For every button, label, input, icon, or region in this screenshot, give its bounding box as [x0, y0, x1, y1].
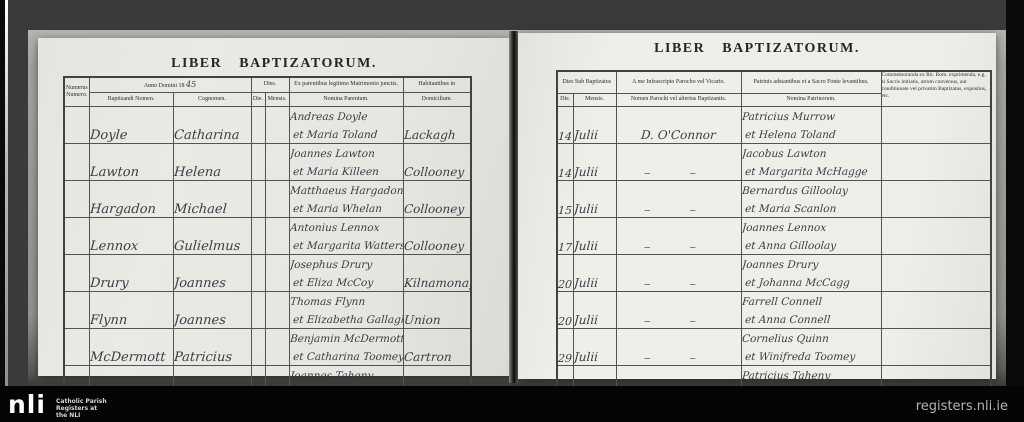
sponsor-1: Cornelius Quinn — [741, 333, 829, 346]
header-row-1: Dies Sub Baptizatus A me Infrascripto Pa… — [557, 71, 991, 94]
domicile: Collooney — [403, 165, 464, 179]
parent-father: Josephus Drury — [289, 259, 372, 272]
baptism-month: Julii — [573, 165, 598, 179]
numerus-cell — [64, 292, 89, 329]
ditto-mark: ‒ ‒ — [643, 168, 714, 179]
sponsor-2: et Anna Connell — [741, 314, 830, 327]
surname: Flynn — [89, 313, 127, 328]
sponsor-1: Patricius Murrow — [741, 111, 835, 124]
sponsors-cell: Cornelius Quinn et Winifreda Toomey — [741, 329, 881, 366]
page-title: LIBER BAPTIZATORUM. — [38, 56, 510, 72]
baptism-day: 20 — [558, 315, 573, 328]
baptism-month: Julii — [573, 239, 598, 253]
baptism-day: 17 — [558, 241, 573, 254]
die-cell — [251, 329, 265, 366]
anno-year-handwritten: 45 — [186, 80, 196, 89]
baptism-day: 14 — [558, 130, 573, 143]
register-row: Doyle Catharina Andreas Doyle et Maria T… — [64, 107, 471, 144]
day-cell: 29 — [557, 329, 573, 366]
register-row: 17 Julii ‒ ‒ Joannes Lennox et Anna Gill… — [557, 218, 991, 255]
die-cell — [251, 181, 265, 218]
commemoranda-cell — [881, 218, 991, 255]
numerus-cell — [64, 107, 89, 144]
priest-name: D. O'Connor — [641, 128, 717, 142]
baptism-month: Julii — [573, 202, 598, 216]
nli-logo-caption: Catholic Parish Registers at the NLI — [56, 398, 107, 419]
forename: Catharina — [173, 128, 240, 143]
parent-mother: et Eliza McCoy — [289, 277, 373, 290]
sponsors-cell: Joannes Lennox et Anna Gilloolay — [741, 218, 881, 255]
header-die: Die. — [251, 93, 265, 107]
commemoranda-cell — [881, 255, 991, 292]
sponsors-cell: Jacobus Lawton et Margarita McHagge — [741, 144, 881, 181]
register-row: 14 Julii D. O'Connor Patricius Murrow et… — [557, 107, 991, 144]
book-gutter — [509, 31, 518, 383]
numerus-cell — [64, 144, 89, 181]
parent-father: Joannes Taheny — [289, 370, 373, 383]
header-cognomen: Cognomen. — [173, 93, 251, 107]
die-cell — [251, 218, 265, 255]
surname: Drury — [89, 276, 129, 291]
day-cell: 17 — [557, 218, 573, 255]
ditto-mark: ‒ ‒ — [643, 316, 714, 327]
month-cell: Julii — [573, 255, 616, 292]
register-scan-view: LIBER BAPTIZATORUM. Numerus Numero. Anno… — [0, 0, 1024, 422]
sponsor-2: et Winifreda Toomey — [741, 351, 855, 364]
header-commemoranda: Commemoranda ex Rit. Rom. exprimenda, e.… — [881, 71, 991, 107]
header-numerus: Numerus Numero. — [64, 77, 89, 107]
parent-father: Andreas Doyle — [289, 111, 367, 124]
site-watermark: registers.nli.ie — [916, 399, 1008, 414]
priest-cell: ‒ ‒ — [616, 329, 741, 366]
sponsor-1: Bernardus Gilloolay — [741, 185, 848, 198]
baptism-month: Julii — [573, 276, 598, 290]
day-cell: 14 — [557, 107, 573, 144]
surname-cell: Doyle — [89, 107, 173, 144]
month-cell: Julii — [573, 292, 616, 329]
commemoranda-cell — [881, 144, 991, 181]
anno-domini-label: Anno Domini 18 — [144, 83, 185, 89]
die-cell — [251, 292, 265, 329]
domicile-cell: Kilnamonagh — [403, 255, 471, 292]
parent-mother: et Maria Whelan — [289, 203, 382, 216]
register-row: McDermott Patricius Benjamin McDermott e… — [64, 329, 471, 366]
numerus-cell — [64, 218, 89, 255]
parent-mother: et Catharina Toomey — [289, 351, 403, 364]
register-row: Drury Joannes Josephus Drury et Eliza Mc… — [64, 255, 471, 292]
register-row: 14 Julii ‒ ‒ Jacobus Lawton et Margarita… — [557, 144, 991, 181]
die-cell — [251, 107, 265, 144]
priest-cell: ‒ ‒ — [616, 218, 741, 255]
register-row: Hargadon Michael Matthaeus Hargadon et M… — [64, 181, 471, 218]
surname: McDermott — [89, 350, 166, 365]
parents-cell: Josephus Drury et Eliza McCoy — [289, 255, 403, 292]
day-cell: 20 — [557, 255, 573, 292]
register-row: Lennox Gulielmus Antonius Lennox et Marg… — [64, 218, 471, 255]
domicile: Cartron — [403, 350, 452, 364]
nli-logo: nli — [8, 390, 46, 419]
sponsor-2: et Anna Gilloolay — [741, 240, 836, 253]
numerus-cell — [64, 181, 89, 218]
commemoranda-cell — [881, 329, 991, 366]
domicile-cell: Collooney — [403, 144, 471, 181]
month-cell: Julii — [573, 218, 616, 255]
commemoranda-cell — [881, 292, 991, 329]
ditto-mark: ‒ ‒ — [643, 205, 714, 216]
surname: Doyle — [89, 128, 127, 143]
header-patrinis: Patrinis adstantibus et a Sacro Fonte le… — [741, 71, 881, 94]
day-cell: 20 — [557, 292, 573, 329]
book-edge-highlight — [5, 0, 8, 386]
sponsors-cell: Joannes Drury et Johanna McCagg — [741, 255, 881, 292]
ditto-mark: ‒ ‒ — [643, 279, 714, 290]
sponsor-1: Farrell Connell — [741, 296, 822, 309]
page-title: LIBER BAPTIZATORUM. — [518, 41, 996, 57]
surname-cell: Flynn — [89, 292, 173, 329]
header-die: Die. — [557, 94, 573, 107]
sponsor-1: Joannes Drury — [741, 259, 818, 272]
sponsor-1: Jacobus Lawton — [741, 148, 826, 161]
surname: Lawton — [89, 165, 139, 180]
sponsors-cell: Patricius Murrow et Helena Toland — [741, 107, 881, 144]
header-a-me: A me Infrascripto Parocho vel Vicario. — [616, 71, 741, 94]
header-nomina-parentum: Nomina Parentum. — [289, 93, 403, 107]
surname-cell: Drury — [89, 255, 173, 292]
forename: Joannes — [173, 276, 226, 291]
month-cell: Julii — [573, 329, 616, 366]
surname-cell: Lawton — [89, 144, 173, 181]
sponsors-cell: Farrell Connell et Anna Connell — [741, 292, 881, 329]
domicile: Collooney — [403, 202, 464, 216]
domicile-cell: Collooney — [403, 218, 471, 255]
sponsor-2: et Johanna McCagg — [741, 277, 850, 290]
parents-cell: Joannes Lawton et Maria Killeen — [289, 144, 403, 181]
caption-line-3: the NLI — [56, 412, 107, 419]
domicile: Kilnamonagh — [403, 276, 471, 290]
sponsors-cell: Bernardus Gilloolay et Maria Scanlon — [741, 181, 881, 218]
ditto-mark: ‒ ‒ — [643, 353, 714, 364]
header-baptizandi-nomen: Baptizandi Nomen. — [89, 93, 173, 107]
forename-cell: Patricius — [173, 329, 251, 366]
day-cell: 14 — [557, 144, 573, 181]
register-page-right: LIBER BAPTIZATORUM. Dies Sub Baptizatus … — [518, 33, 996, 379]
header-mensis: Mensis. — [265, 93, 289, 107]
parents-cell: Benjamin McDermott et Catharina Toomey — [289, 329, 403, 366]
parents-cell: Matthaeus Hargadon et Maria Whelan — [289, 181, 403, 218]
parent-father: Thomas Flynn — [289, 296, 365, 309]
baptism-day: 20 — [558, 278, 573, 291]
baptism-month: Julii — [573, 128, 598, 142]
register-row: 20 Julii ‒ ‒ Joannes Drury et Johanna Mc… — [557, 255, 991, 292]
baptism-table-left: Numerus Numero. Anno Domini 18 45 Dies. … — [63, 76, 472, 404]
header-anno-domini: Anno Domini 18 45 — [89, 77, 251, 93]
month-cell: Julii — [573, 144, 616, 181]
forename: Michael — [173, 202, 227, 217]
register-page-left: LIBER BAPTIZATORUM. Numerus Numero. Anno… — [38, 38, 510, 376]
commemoranda-cell — [881, 181, 991, 218]
register-row: Lawton Helena Joannes Lawton et Maria Ki… — [64, 144, 471, 181]
header-habitantibus: Habitantibus in — [403, 77, 471, 93]
forename-cell: Catharina — [173, 107, 251, 144]
baptism-day: 29 — [558, 352, 573, 365]
surname: Hargadon — [89, 202, 156, 217]
numerus-cell — [64, 329, 89, 366]
register-row: 15 Julii ‒ ‒ Bernardus Gilloolay et Mari… — [557, 181, 991, 218]
forename-cell: Joannes — [173, 255, 251, 292]
ditto-mark: ‒ ‒ — [643, 242, 714, 253]
forename-cell: Michael — [173, 181, 251, 218]
header-nomen-parochi: Nomen Parochi vel alterius Baptizantis. — [616, 94, 741, 107]
register-row: Flynn Joannes Thomas Flynn et Elizabetha… — [64, 292, 471, 329]
sponsor-1: Patricius Taheny — [741, 370, 830, 383]
mensis-cell — [265, 181, 289, 218]
mensis-cell — [265, 144, 289, 181]
header-ex-parentibus: Ex parentibus legitimo Matrimonio juncti… — [289, 77, 403, 93]
header-dies: Dies. — [251, 77, 289, 93]
parent-father: Joannes Lawton — [289, 148, 375, 161]
domicile: Union — [403, 313, 441, 327]
forename: Helena — [173, 165, 221, 180]
numerus-cell — [64, 255, 89, 292]
domicile-cell: Cartron — [403, 329, 471, 366]
forename-cell: Gulielmus — [173, 218, 251, 255]
register-row: 29 Julii ‒ ‒ Cornelius Quinn et Winifred… — [557, 329, 991, 366]
die-cell — [251, 255, 265, 292]
mensis-cell — [265, 329, 289, 366]
domicile-cell: Lackagh — [403, 107, 471, 144]
month-cell: Julii — [573, 181, 616, 218]
domicile-cell: Collooney — [403, 181, 471, 218]
baptism-day: 14 — [558, 167, 573, 180]
caption-line-1: Catholic Parish — [56, 398, 107, 405]
mensis-cell — [265, 107, 289, 144]
die-cell — [251, 144, 265, 181]
parent-mother: et Margarita Watters — [289, 240, 403, 253]
sponsor-1: Joannes Lennox — [741, 222, 826, 235]
sponsor-2: et Margarita McHagge — [741, 166, 868, 179]
commemoranda-cell — [881, 107, 991, 144]
mensis-cell — [265, 292, 289, 329]
parent-mother: et Elizabetha Gallagher — [289, 314, 403, 327]
forename: Joannes — [173, 313, 226, 328]
day-cell: 15 — [557, 181, 573, 218]
priest-cell: ‒ ‒ — [616, 292, 741, 329]
forename-cell: Helena — [173, 144, 251, 181]
priest-cell: D. O'Connor — [616, 107, 741, 144]
surname-cell: Hargadon — [89, 181, 173, 218]
parent-mother: et Maria Toland — [289, 129, 377, 142]
forename-cell: Joannes — [173, 292, 251, 329]
priest-cell: ‒ ‒ — [616, 144, 741, 181]
sponsor-2: et Maria Scanlon — [741, 203, 836, 216]
parent-father: Benjamin McDermott — [289, 333, 403, 346]
header-nomina-patrinorum: Nomina Patrinorum. — [741, 94, 881, 107]
priest-cell: ‒ ‒ — [616, 181, 741, 218]
parents-cell: Antonius Lennox et Margarita Watters — [289, 218, 403, 255]
parent-mother: et Maria Killeen — [289, 166, 379, 179]
header-row-1: Numerus Numero. Anno Domini 18 45 Dies. … — [64, 77, 471, 93]
mensis-cell — [265, 255, 289, 292]
parents-cell: Andreas Doyle et Maria Toland — [289, 107, 403, 144]
month-cell: Julii — [573, 107, 616, 144]
sponsor-2: et Helena Toland — [741, 129, 836, 142]
header-dies-sub-baptizatus: Dies Sub Baptizatus — [557, 71, 616, 94]
parent-father: Antonius Lennox — [289, 222, 379, 235]
baptism-table-right: Dies Sub Baptizatus A me Infrascripto Pa… — [556, 70, 992, 404]
footer-bar — [0, 386, 1024, 422]
domicile-cell: Union — [403, 292, 471, 329]
register-row: 20 Julii ‒ ‒ Farrell Connell et Anna Con… — [557, 292, 991, 329]
parents-cell: Thomas Flynn et Elizabetha Gallagher — [289, 292, 403, 329]
surname: Lennox — [89, 239, 138, 254]
forename: Gulielmus — [173, 239, 240, 254]
surname-cell: Lennox — [89, 218, 173, 255]
domicile: Lackagh — [403, 128, 456, 142]
baptism-month: Julii — [573, 350, 598, 364]
baptism-month: Julii — [573, 313, 598, 327]
domicile: Collooney — [403, 239, 464, 253]
surname-cell: McDermott — [89, 329, 173, 366]
caption-line-2: Registers at — [56, 405, 107, 412]
forename: Patricius — [173, 350, 232, 365]
header-row-2: Baptizandi Nomen. Cognomen. Die. Mensis.… — [64, 93, 471, 107]
mensis-cell — [265, 218, 289, 255]
header-domicilium: Domicilium. — [403, 93, 471, 107]
header-mensis: Mensis. — [573, 94, 616, 107]
baptism-day: 15 — [558, 204, 573, 217]
priest-cell: ‒ ‒ — [616, 255, 741, 292]
parent-father: Matthaeus Hargadon — [289, 185, 403, 198]
